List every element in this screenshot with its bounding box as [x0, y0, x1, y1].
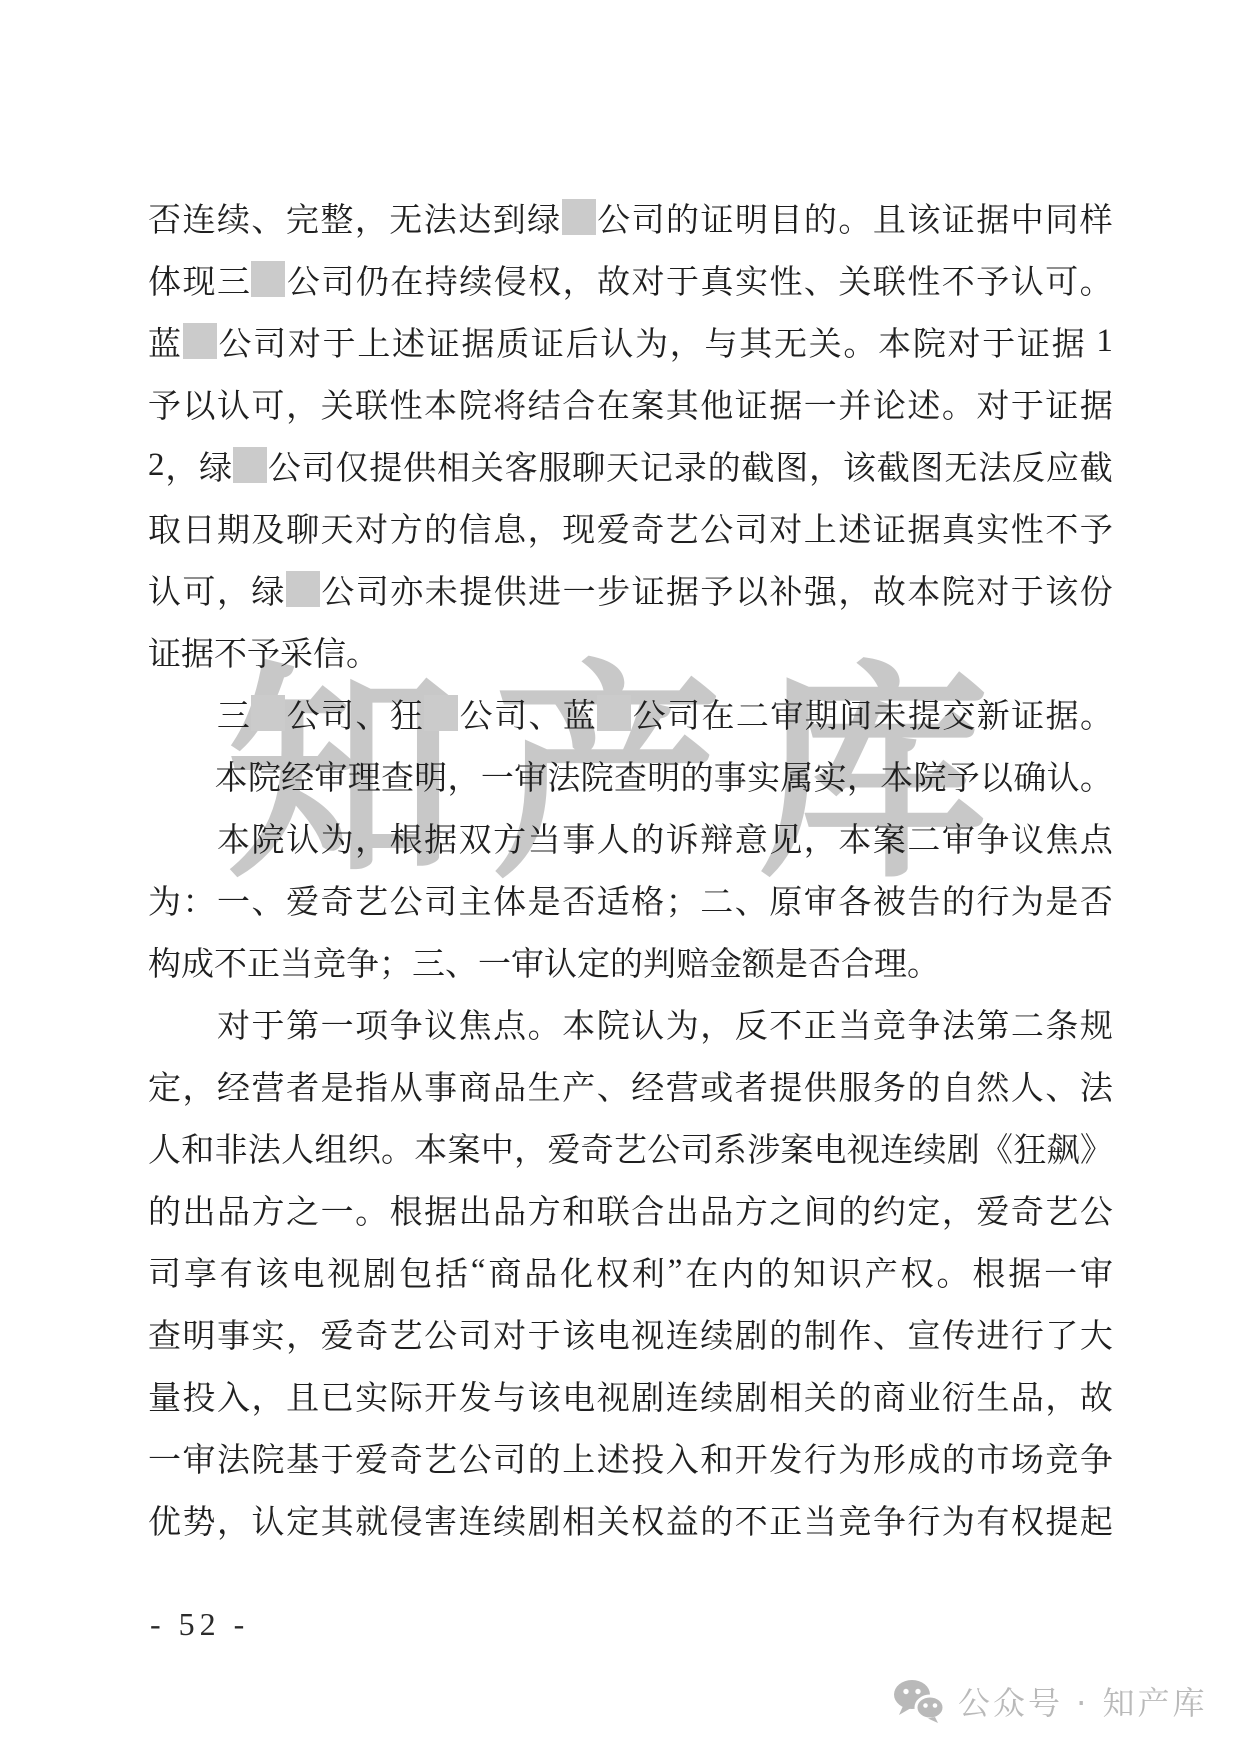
document-character: 对: [493, 1310, 526, 1357]
document-character: 以: [980, 752, 1013, 799]
document-character: 艺: [390, 1310, 423, 1357]
document-character: 奇: [355, 1310, 388, 1357]
document-character: 公: [218, 318, 251, 365]
document-character: 权: [901, 1248, 934, 1295]
redaction-box: [251, 261, 285, 297]
document-character: 的: [838, 1372, 871, 1419]
document-character: 予: [701, 566, 734, 613]
document-character: 步: [597, 566, 630, 613]
document-character: 电: [814, 1124, 847, 1171]
document-character: 非: [215, 1124, 248, 1171]
document-character: 一: [148, 1434, 181, 1481]
document-character: 议: [1011, 814, 1044, 861]
document-character: 二: [1011, 1000, 1044, 1047]
document-character: 争: [873, 1496, 906, 1543]
document-character: 判: [643, 938, 676, 985]
document-character: 爱: [597, 504, 630, 551]
document-character: ；: [379, 938, 412, 985]
document-line: 为：一、爱奇艺公司主体是否适格；二、原审各被告的行为是否: [148, 868, 1113, 930]
document-character: 司: [494, 690, 527, 737]
document-character: 享: [184, 1248, 217, 1295]
document-character: 系: [714, 1124, 747, 1171]
document-character: 从: [390, 1062, 423, 1109]
document-character: 一: [321, 1000, 354, 1047]
document-character: 司: [632, 194, 665, 241]
document-character: 第: [976, 1000, 1009, 1047]
document-character: 方: [252, 1186, 285, 1233]
document-character: 焦: [459, 1000, 492, 1047]
document-character: [183, 1000, 216, 1047]
document-character: 、: [528, 690, 561, 737]
document-character: 为: [942, 1496, 975, 1543]
document-character: 。: [1080, 752, 1113, 799]
document-character: 为: [321, 814, 354, 861]
document-character: 在: [702, 690, 735, 737]
document-character: 质: [496, 318, 529, 365]
document-character: 不: [214, 628, 247, 675]
document-character: 视: [327, 1248, 360, 1295]
document-character: 市: [976, 1434, 1009, 1481]
document-character: 关: [804, 1372, 837, 1419]
document-character: 实: [355, 1372, 388, 1419]
document-character: 本: [424, 380, 457, 427]
document-character: 规: [1080, 1000, 1113, 1047]
document-character: 的: [708, 442, 741, 489]
document-character: 的: [804, 194, 837, 241]
document-character: 对: [769, 504, 802, 551]
document-character: 视: [847, 1124, 880, 1171]
document-character: 期: [217, 504, 250, 551]
document-character: ，: [355, 194, 388, 241]
document-character: 方: [735, 1186, 768, 1233]
document-character: 续: [217, 194, 250, 241]
document-character: 信: [459, 504, 492, 551]
document-character: 、: [804, 256, 837, 303]
document-line: 人和非法人组织。本案中，爱奇艺公司系涉案电视连续剧《狂飙》: [148, 1116, 1113, 1178]
document-character: 的: [610, 938, 643, 985]
document-character: 当: [804, 1496, 837, 1543]
document-character: 案: [448, 1124, 481, 1171]
document-character: 见: [769, 814, 802, 861]
document-line: 查明事实，爱奇艺公司对于该电视连续剧的制作、宣传进行了大: [148, 1302, 1113, 1364]
document-character: 电: [562, 1372, 595, 1419]
document-character: 艺: [424, 1434, 457, 1481]
document-character: 证: [1017, 318, 1050, 365]
document-character: 以: [183, 380, 216, 427]
document-character: 议: [424, 1000, 457, 1047]
document-character: 连: [880, 1124, 913, 1171]
document-character: 认: [286, 814, 319, 861]
document-character: 现: [182, 256, 215, 303]
document-character: 行: [1011, 1310, 1044, 1357]
document-character: 争: [346, 938, 379, 985]
document-character: 量: [148, 1372, 181, 1419]
document-character: 正: [804, 1000, 837, 1047]
footer: 公众号 · 知产库: [893, 1678, 1208, 1724]
document-character: 是: [775, 938, 808, 985]
document-character: 性: [907, 256, 940, 303]
document-character: 样: [1080, 194, 1113, 241]
document-character: 经: [217, 1062, 250, 1109]
document-character: 可: [252, 380, 285, 427]
document-character: 剧: [631, 1372, 664, 1419]
document-character: 聊: [286, 504, 319, 551]
document-character: 》: [1080, 1124, 1113, 1171]
document-character: 整: [320, 194, 353, 241]
document-character: 证: [735, 380, 768, 427]
document-character: 司: [459, 1310, 492, 1357]
document-character: 当: [280, 938, 313, 985]
document-character: 审: [1080, 1248, 1113, 1295]
document-character: 行: [976, 876, 1009, 923]
document-character: 入: [217, 1372, 250, 1419]
document-character: 证: [531, 318, 564, 365]
document-character: 予: [976, 256, 1009, 303]
document-character: 该: [528, 1372, 561, 1419]
document-character: 强: [804, 566, 837, 613]
document-character: 审: [314, 752, 347, 799]
document-character: 各: [838, 876, 871, 923]
document-character: 在: [685, 1248, 718, 1295]
redaction-box: [286, 571, 320, 607]
document-character: 理: [874, 938, 907, 985]
document-character: 正: [769, 1496, 802, 1543]
document-character: 法: [1080, 1062, 1113, 1109]
document-character: 续: [913, 1124, 946, 1171]
redaction-box: [233, 447, 267, 483]
document-line: 量投入，且已实际开发与该电视剧连续剧相关的商业衍生品，故: [148, 1364, 1113, 1426]
document-character: 务: [873, 1062, 906, 1109]
document-character: 法: [217, 1434, 250, 1481]
document-character: 爱: [355, 1434, 388, 1481]
document-character: 公: [700, 504, 733, 551]
document-character: 事: [424, 1062, 457, 1109]
document-character: 出: [183, 1186, 216, 1233]
document-character: 明: [183, 1310, 216, 1357]
document-character: 投: [183, 1372, 216, 1419]
document-character: 起: [1080, 1496, 1113, 1543]
document-character: 中: [1011, 194, 1044, 241]
document-line: 予以认可，关联性本院将结合在案其他证据一并论述。对于证据: [148, 372, 1113, 434]
document-character: 论: [873, 380, 906, 427]
document-character: 。: [936, 1248, 969, 1295]
document-character: 艺: [614, 1124, 647, 1171]
document-character: 狂: [1013, 1124, 1046, 1171]
document-character: 、: [445, 938, 478, 985]
document-character: ，: [838, 566, 871, 613]
document-character: 二: [700, 876, 733, 923]
document-character: 本: [414, 1124, 447, 1171]
document-character: 院: [597, 1000, 630, 1047]
document-character: 据: [181, 628, 214, 675]
document-character: 奇: [631, 504, 664, 551]
document-character: 商: [873, 1372, 906, 1419]
document-character: 。: [355, 1186, 388, 1233]
document-character: 司: [681, 1124, 714, 1171]
document-character: 于: [252, 1000, 285, 1047]
document-character: 产: [562, 1062, 595, 1109]
document-character: 证: [1011, 690, 1044, 737]
document-character: 不: [769, 1000, 802, 1047]
document-character: 公: [321, 566, 354, 613]
document-character: 告: [907, 876, 940, 923]
document-character: 实: [747, 752, 780, 799]
document-character: 成: [907, 1434, 940, 1481]
document-character: 额: [742, 938, 775, 985]
document-character: 予: [247, 628, 280, 675]
document-character: 二: [736, 690, 769, 737]
document-character: 予: [1080, 504, 1113, 551]
document-character: 司: [321, 256, 354, 303]
document-character: 不: [214, 938, 247, 985]
document-character: 产: [865, 1248, 898, 1295]
document-line: 的出品方之一。根据出品方和联合出品方之间的约定，爱奇艺公: [148, 1178, 1113, 1240]
document-character: 和: [700, 1434, 733, 1481]
document-character: 于: [1011, 380, 1044, 427]
document-character: 合: [841, 938, 874, 985]
document-character: 审: [511, 938, 544, 985]
document-character: 及: [252, 504, 285, 551]
document-character: 业: [907, 1372, 940, 1419]
document-character: 且: [286, 1372, 319, 1419]
document-character: 方: [528, 1186, 561, 1233]
document-character: 公: [597, 194, 630, 241]
document-character: 公: [647, 1124, 680, 1171]
document-character: 查: [148, 1310, 181, 1357]
document-character: 上: [357, 318, 390, 365]
document-character: 合: [631, 1186, 664, 1233]
document-character: 认: [631, 1000, 664, 1047]
document-character: 行: [804, 1434, 837, 1481]
document-character: 否: [1080, 876, 1113, 923]
document-character: 公: [459, 1434, 492, 1481]
document-character: 权: [596, 1248, 629, 1295]
document-character: 指: [355, 1062, 388, 1109]
document-character: 识: [829, 1248, 862, 1295]
document-character: 品: [493, 1062, 526, 1109]
document-character: 据: [424, 1186, 457, 1233]
document-character: 方: [390, 504, 423, 551]
document-character: 为: [666, 1000, 699, 1047]
document-character: 生: [528, 1062, 561, 1109]
document-character: 体: [148, 256, 181, 303]
document-character: 制: [804, 1310, 837, 1357]
document-character: 根: [390, 814, 423, 861]
document-character: 品: [524, 1248, 557, 1295]
document-character: 场: [1011, 1434, 1044, 1481]
document-character: 爱: [286, 876, 319, 923]
document-line: 2，绿公司仅提供相关客服聊天记录的截图，该截图无法反应截: [148, 434, 1113, 496]
document-character: 、: [1045, 1062, 1078, 1109]
document-character: 截: [1080, 442, 1113, 489]
document-character: 就: [355, 1496, 388, 1543]
document-character: [182, 690, 215, 737]
document-character: ，: [286, 380, 319, 427]
document-character: ；: [666, 876, 699, 923]
document-line: 优势，认定其就侵害连续剧相关权益的不正当竞争行为有权提起: [148, 1488, 1113, 1550]
document-character: ，: [183, 1062, 216, 1109]
document-character: 图: [775, 442, 808, 489]
document-character: 反: [735, 1000, 768, 1047]
document-character: 并: [838, 380, 871, 427]
document-character: ，: [847, 752, 880, 799]
redaction-box: [183, 323, 217, 359]
document-character: 联: [597, 1186, 630, 1233]
document-character: 的: [424, 504, 457, 551]
document-character: 电: [292, 1248, 325, 1295]
document-character: 对: [288, 318, 321, 365]
document-character: 应: [1046, 442, 1079, 489]
document-character: 审: [514, 752, 547, 799]
document-character: 服: [538, 442, 571, 489]
document-character: 公: [460, 690, 493, 737]
document-character: 爱: [976, 1186, 1009, 1233]
document-character: 优: [148, 1496, 181, 1543]
document-character: 无: [774, 318, 807, 365]
document-character: 审: [804, 876, 837, 923]
document-character: 可: [1045, 256, 1078, 303]
document-character: 持: [425, 256, 458, 303]
document-character: 艺: [355, 876, 388, 923]
document-character: 司: [735, 504, 768, 551]
document-character: ，: [165, 442, 198, 489]
document-character: 绿: [199, 442, 232, 489]
document-character: 了: [1045, 1310, 1078, 1357]
document-character: 在: [597, 380, 630, 427]
document-character: 的: [757, 1248, 790, 1295]
document-character: 的: [631, 814, 664, 861]
document-character: 补: [769, 566, 802, 613]
document-character: 关: [471, 442, 504, 489]
document-character: 和: [562, 1186, 595, 1233]
document-character: 法: [424, 194, 457, 241]
document-character: 案: [780, 1124, 813, 1171]
document-character: ，: [942, 1186, 975, 1233]
document-character: 人: [1011, 1062, 1044, 1109]
document-character: 赔: [676, 938, 709, 985]
document-character: 真: [942, 504, 975, 551]
document-character: 一: [804, 380, 837, 427]
document-character: 明: [414, 752, 447, 799]
document-character: 自: [942, 1062, 975, 1109]
document-character: 该: [562, 1310, 595, 1357]
document-character: 理: [348, 752, 381, 799]
document-character: 的: [700, 1496, 733, 1543]
document-character: 际: [390, 1372, 423, 1419]
document-character: 的: [666, 194, 699, 241]
document-character: 联: [355, 380, 388, 427]
document-character: 证: [701, 194, 734, 241]
document-character: 息: [493, 504, 526, 551]
document-character: 法: [547, 752, 580, 799]
document-character: 达: [458, 194, 491, 241]
document-character: 且: [873, 194, 906, 241]
document-character: 据: [666, 566, 699, 613]
document-character: 否: [148, 194, 181, 241]
document-character: 关: [321, 380, 354, 427]
document-character: 益: [666, 1496, 699, 1543]
text-block: 否连续、完整，无法达到绿公司的证明目的。且该证据中同样体现三公司仍在持续侵权，故…: [148, 186, 1113, 1550]
document-character: 于: [528, 1310, 561, 1357]
document-line: 构成不正当竞争；三、一审认定的判赔金额是否合理。: [148, 930, 1113, 992]
document-character: 事: [217, 1310, 250, 1357]
document-character: 公: [390, 876, 423, 923]
document-character: 认: [217, 380, 250, 427]
document-character: 二: [907, 814, 940, 861]
document-character: 。: [346, 628, 379, 675]
document-character: 为: [148, 876, 181, 923]
document-character: 于: [321, 1434, 354, 1481]
document-character: 供: [494, 566, 527, 613]
document-character: 出: [666, 1186, 699, 1233]
document-character: 提: [908, 690, 941, 737]
document-character: 述: [838, 504, 871, 551]
document-character: 案: [631, 380, 664, 427]
document-character: 交: [942, 690, 975, 737]
document-character: 第: [286, 1000, 319, 1047]
document-character: 竞: [838, 1496, 871, 1543]
document-character: 。: [381, 1124, 414, 1171]
document-character: 天: [606, 442, 639, 489]
document-character: ，: [448, 752, 481, 799]
document-character: 予: [148, 380, 181, 427]
document-character: 定: [148, 1062, 181, 1109]
document-character: 奇: [581, 1124, 614, 1171]
document-line: 三公司、狂公司、蓝公司在二审期间未提交新证据。: [148, 682, 1113, 744]
document-character: 续: [459, 256, 492, 303]
document-character: 不: [735, 1496, 768, 1543]
document-character: [148, 690, 181, 737]
document-character: 实: [735, 256, 768, 303]
document-character: 连: [666, 1310, 699, 1357]
document-character: 的: [769, 1310, 802, 1357]
document-character: 未: [874, 690, 907, 737]
document-character: 法: [942, 1000, 975, 1047]
document-character: 是: [1045, 876, 1078, 923]
document-character: 其: [666, 380, 699, 427]
document-character: 意: [735, 814, 768, 861]
document-character: ，: [700, 1000, 733, 1047]
document-character: 艺: [1045, 1186, 1078, 1233]
document-character: 知: [793, 1248, 826, 1295]
document-character: ，: [514, 1124, 547, 1171]
document-character: 取: [148, 504, 181, 551]
document-character: 开: [735, 1434, 768, 1481]
document-character: 传: [942, 1310, 975, 1357]
document-character: 性: [390, 380, 423, 427]
document-character: ，: [809, 442, 842, 489]
document-character: 据: [976, 194, 1009, 241]
document-character: 然: [976, 1062, 1009, 1109]
document-character: 性: [1011, 504, 1044, 551]
document-character: 故: [597, 256, 630, 303]
document-character: 证: [427, 318, 460, 365]
document-character: 确: [1013, 752, 1046, 799]
document-character: 为: [1011, 876, 1044, 923]
document-character: 明: [647, 752, 680, 799]
document-character: 对: [217, 1000, 250, 1047]
document-character: 本: [878, 318, 911, 365]
document-character: 院: [252, 814, 285, 861]
document-character: 者: [735, 1062, 768, 1109]
document-character: 一: [1044, 1248, 1077, 1295]
document-character: 否: [808, 938, 841, 985]
document-character: 对: [976, 566, 1009, 613]
document-character: 据: [1080, 380, 1113, 427]
document-character: ，: [1045, 1372, 1078, 1419]
document-character: 辩: [700, 814, 733, 861]
document-character: 完: [286, 194, 319, 241]
